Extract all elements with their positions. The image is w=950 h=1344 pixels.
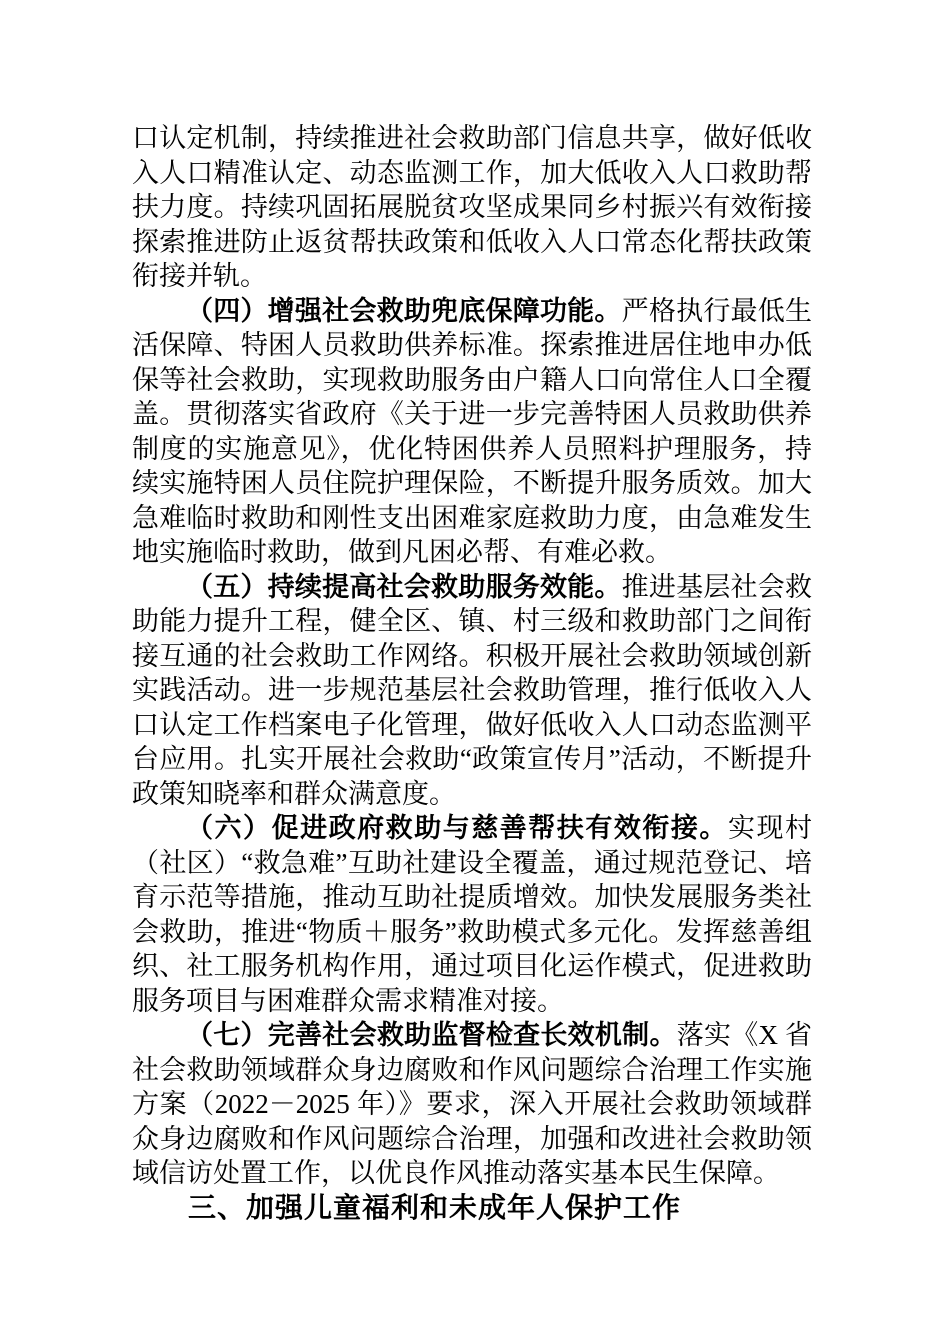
- paragraph-item-6: （六）促进政府救助与慈善帮扶有效衔接。实现村（社区）“救急难”互助社建设全覆盖，…: [132, 811, 812, 1018]
- paragraph-text: 口认定机制，持续推进社会救助部门信息共享，做好低收入人口精准认定、动态监测工作，…: [132, 123, 812, 291]
- document-body: 口认定机制，持续推进社会救助部门信息共享，做好低收入人口精准认定、动态监测工作，…: [132, 121, 812, 1225]
- paragraph-text: 推进基层社会救助能力提升工程，健全区、镇、村三级和救助部门之间衔接互通的社会救助…: [132, 572, 812, 809]
- paragraph-item-4: （四）增强社会救助兜底保障功能。严格执行最低生活保障、特困人员救助供养标准。探索…: [132, 294, 812, 570]
- item-6-lead: （六）促进政府救助与慈善帮扶有效衔接。: [186, 813, 728, 843]
- document-page: 口认定机制，持续推进社会救助部门信息共享，做好低收入人口精准认定、动态监测工作，…: [0, 0, 950, 1344]
- item-4-lead: （四）增强社会救助兜底保障功能。: [186, 296, 622, 326]
- item-5-lead: （五）持续提高社会救助服务效能。: [186, 572, 622, 602]
- paragraph-continuation: 口认定机制，持续推进社会救助部门信息共享，做好低收入人口精准认定、动态监测工作，…: [132, 121, 812, 294]
- paragraph-text: 严格执行最低生活保障、特困人员救助供养标准。探索推进居住地申办低保等社会救助，实…: [132, 296, 812, 568]
- item-7-lead: （七）完善社会救助监督检查长效机制。: [186, 1020, 677, 1050]
- paragraph-text: 实现村（社区）“救急难”互助社建设全覆盖，通过规范登记、培育示范等措施，推动互助…: [132, 813, 812, 1016]
- section-heading-3: 三、加强儿童福利和未成年人保护工作: [132, 1191, 812, 1226]
- paragraph-item-7: （七）完善社会救助监督检查长效机制。落实《X 省社会救助领域群众身边腐败和作风问…: [132, 1018, 812, 1191]
- paragraph-item-5: （五）持续提高社会救助服务效能。推进基层社会救助能力提升工程，健全区、镇、村三级…: [132, 570, 812, 812]
